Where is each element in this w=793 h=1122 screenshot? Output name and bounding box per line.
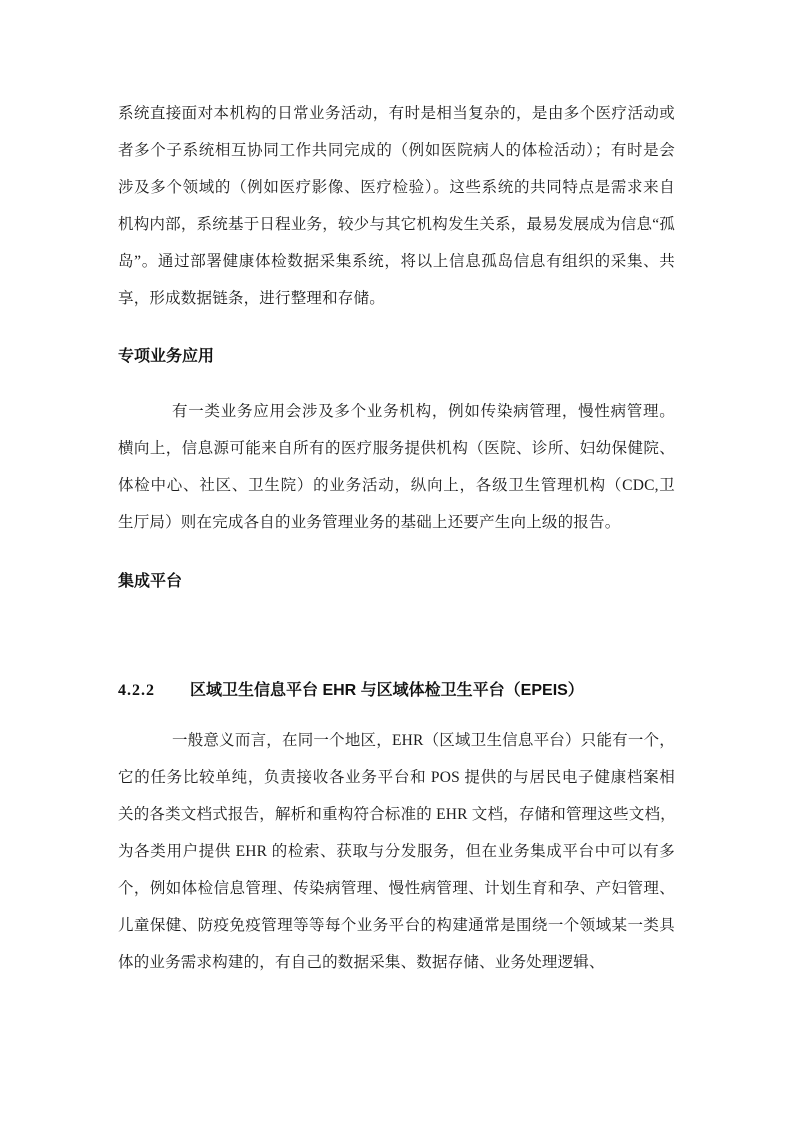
text-line: 生厅局）则在完成各自的业务管理业务的基础上还要产生向上级的报告。 (118, 504, 675, 541)
text-line: 岛”。通过部署健康体检数据采集系统，将以上信息孤岛信息有组织的采集、共 (118, 243, 675, 280)
section-title: 区域卫生信息平台 EHR 与区域体检卫生平台（EPEIS） (190, 682, 584, 699)
paragraph-section-body: 一般意义而言，在同一个地区，EHR（区域卫生信息平台）只能有一个， 它的任务比较… (118, 722, 675, 981)
text-line: 者多个子系统相互协同工作共同完成的（例如医院病人的体检活动）；有时是会 (118, 132, 675, 169)
section-number: 4.2.2 (118, 672, 190, 709)
text-line: 关的各类文档式报告，解析和重构符合标准的 EHR 文档，存储和管理这些文档， (118, 796, 675, 833)
heading-section-4-2-2: 4.2.2区域卫生信息平台 EHR 与区域体检卫生平台（EPEIS） (118, 672, 584, 709)
text-line: 涉及多个领域的（例如医疗影像、医疗检验）。这些系统的共同特点是需求来自 (118, 169, 675, 206)
text-line: 它的任务比较单纯，负责接收各业务平台和 POS 提供的与居民电子健康档案相 (118, 759, 675, 796)
heading-special-business: 专项业务应用 (118, 338, 214, 375)
text-line: 个，例如体检信息管理、传染病管理、慢性病管理、计划生育和孕、产妇管理、 (118, 870, 675, 907)
text-line: 系统直接面对本机构的日常业务活动，有时是相当复杂的，是由多个医疗活动或 (118, 95, 675, 132)
heading-integration-platform: 集成平台 (118, 563, 182, 600)
text-line: 为各类用户提供 EHR 的检索、获取与分发服务，但在业务集成平台中可以有多 (118, 833, 675, 870)
text-line: 体检中心、社区、卫生院）的业务活动，纵向上，各级卫生管理机构（CDC,卫 (118, 467, 675, 504)
text-line: 一般意义而言，在同一个地区，EHR（区域卫生信息平台）只能有一个， (118, 722, 675, 759)
text-line: 有一类业务应用会涉及多个业务机构，例如传染病管理，慢性病管理。 (118, 393, 675, 430)
text-line: 体的业务需求构建的，有自己的数据采集、数据存储、业务处理逻辑、 (118, 944, 675, 981)
paragraph-special-business: 有一类业务应用会涉及多个业务机构，例如传染病管理，慢性病管理。 横向上，信息源可… (118, 393, 675, 541)
text-line: 儿童保健、防疫免疫管理等等每个业务平台的构建通常是围绕一个领域某一类具 (118, 907, 675, 944)
text-line: 横向上，信息源可能来自所有的医疗服务提供机构（医院、诊所、妇幼保健院、 (118, 430, 675, 467)
document-page: 系统直接面对本机构的日常业务活动，有时是相当复杂的，是由多个医疗活动或 者多个子… (0, 0, 793, 1122)
text-line: 机构内部，系统基于日程业务，较少与其它机构发生关系，最易发展成为信息“孤 (118, 206, 675, 243)
paragraph-intro: 系统直接面对本机构的日常业务活动，有时是相当复杂的，是由多个医疗活动或 者多个子… (118, 95, 675, 317)
text-line: 享，形成数据链条，进行整理和存储。 (118, 280, 675, 317)
